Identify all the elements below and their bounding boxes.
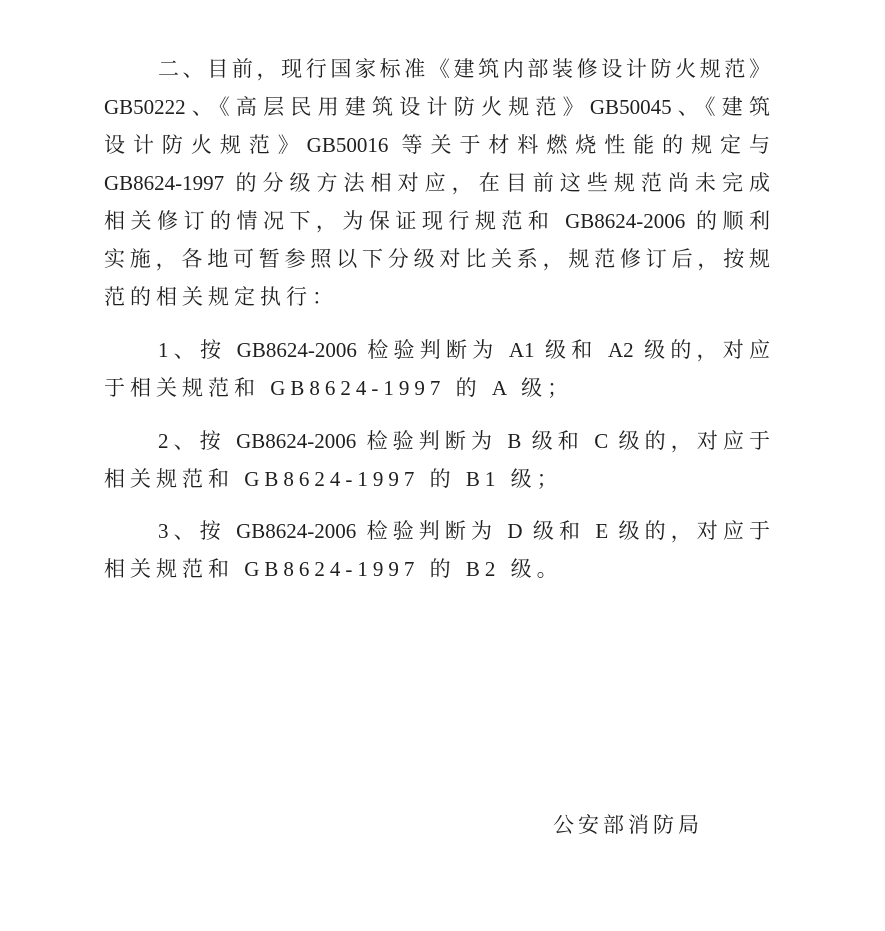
- list-item-3: 3、按 GB8624-2006 检验判断为 D 级和 E 级的，对应于 相关规范…: [104, 512, 770, 588]
- intro-paragraph: 二、目前，现行国家标准《建筑内部装修设计防火规范》 GB50222、《高层民用建…: [104, 50, 770, 316]
- text-line: 实施，各地可暂参照以下分级对比关系，规范修订后，按规: [104, 240, 770, 278]
- text-line: 2、按 GB8624-2006 检验判断为 B 级和 C 级的，对应于: [104, 422, 770, 460]
- text-line: 相关规范和 GB8624-1997 的 B1 级；: [104, 460, 770, 498]
- document-page: 二、目前，现行国家标准《建筑内部装修设计防火规范》 GB50222、《高层民用建…: [0, 0, 885, 931]
- text-line: 于相关规范和 GB8624-1997 的 A 级；: [104, 369, 770, 407]
- list-item-2: 2、按 GB8624-2006 检验判断为 B 级和 C 级的，对应于 相关规范…: [104, 422, 770, 498]
- text-line: 设计防火规范》GB50016 等关于材料燃烧性能的规定与: [104, 126, 770, 164]
- text-line: 二、目前，现行国家标准《建筑内部装修设计防火规范》: [104, 50, 770, 88]
- text-line: 相关规范和 GB8624-1997 的 B2 级。: [104, 550, 770, 588]
- text-line: 1、按 GB8624-2006 检验判断为 A1 级和 A2 级的，对应: [104, 331, 770, 369]
- text-line: 3、按 GB8624-2006 检验判断为 D 级和 E 级的，对应于: [104, 512, 770, 550]
- text-line: 相关修订的情况下，为保证现行规范和 GB8624-2006 的顺利: [104, 202, 770, 240]
- text-line: 范的相关规定执行：: [104, 278, 770, 316]
- list-item-1: 1、按 GB8624-2006 检验判断为 A1 级和 A2 级的，对应 于相关…: [104, 331, 770, 407]
- signature: 公安部消防局: [553, 806, 770, 844]
- text-line: GB8624-1997 的分级方法相对应，在目前这些规范尚未完成: [104, 164, 770, 202]
- document-content: 二、目前，现行国家标准《建筑内部装修设计防火规范》 GB50222、《高层民用建…: [0, 0, 885, 844]
- text-line: GB50222、《高层民用建筑设计防火规范》GB50045、《建筑: [104, 88, 770, 126]
